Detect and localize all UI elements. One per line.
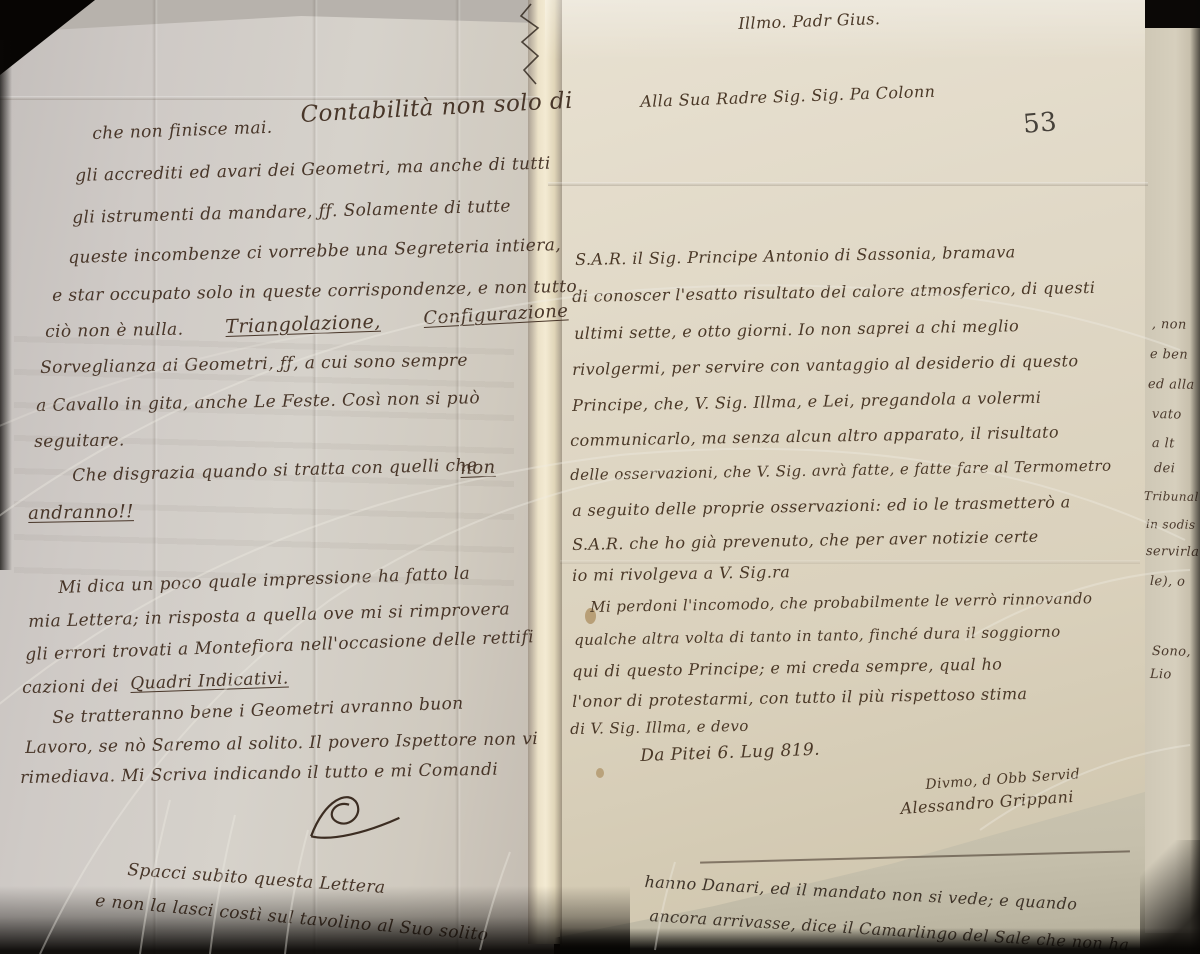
binding-stitches-icon <box>516 2 546 94</box>
manuscript-line: ciò non è nulla. <box>45 322 184 341</box>
manuscript-line: cazioni dei <box>22 678 119 697</box>
page-top-highlight <box>545 0 1145 60</box>
page-number: 53 <box>1022 109 1058 138</box>
underlined-term: andranno!! <box>28 503 134 523</box>
fold-line <box>548 182 1148 186</box>
edge-fragment: , non <box>1152 318 1187 332</box>
manuscript-line: di V. Sig. Illma, e devo <box>570 719 749 737</box>
edge-fragment: vato <box>1152 408 1182 422</box>
edge-fragment: le), o <box>1150 575 1186 589</box>
fox-stain <box>596 768 604 778</box>
edge-fragment: e ben <box>1150 348 1188 362</box>
fold-line <box>560 560 1140 564</box>
adjacent-page-edge <box>1145 28 1200 933</box>
edge-fragment: ed alla <box>1148 378 1195 392</box>
edge-fragment: Sono, <box>1152 645 1191 659</box>
edge-fragment: dei <box>1154 462 1176 475</box>
underlined-term: non <box>460 459 496 478</box>
underlined-term: Triangolazione, <box>225 313 381 337</box>
edge-fragment: Lio <box>1150 668 1172 681</box>
edge-fragment: Tribunal <box>1144 490 1199 503</box>
edge-fragment: a lt <box>1152 437 1175 450</box>
manuscript-line: io mi rivolgeva a V. Sig.ra <box>572 564 790 584</box>
manuscript-line: seguitare. <box>34 432 125 451</box>
edge-fragment: in sodis <box>1146 518 1196 531</box>
book-gutter <box>528 0 562 944</box>
manuscript-photo: che non finisce mai. Contabilità non sol… <box>0 0 1200 954</box>
edge-fragment: servirla <box>1146 545 1200 559</box>
